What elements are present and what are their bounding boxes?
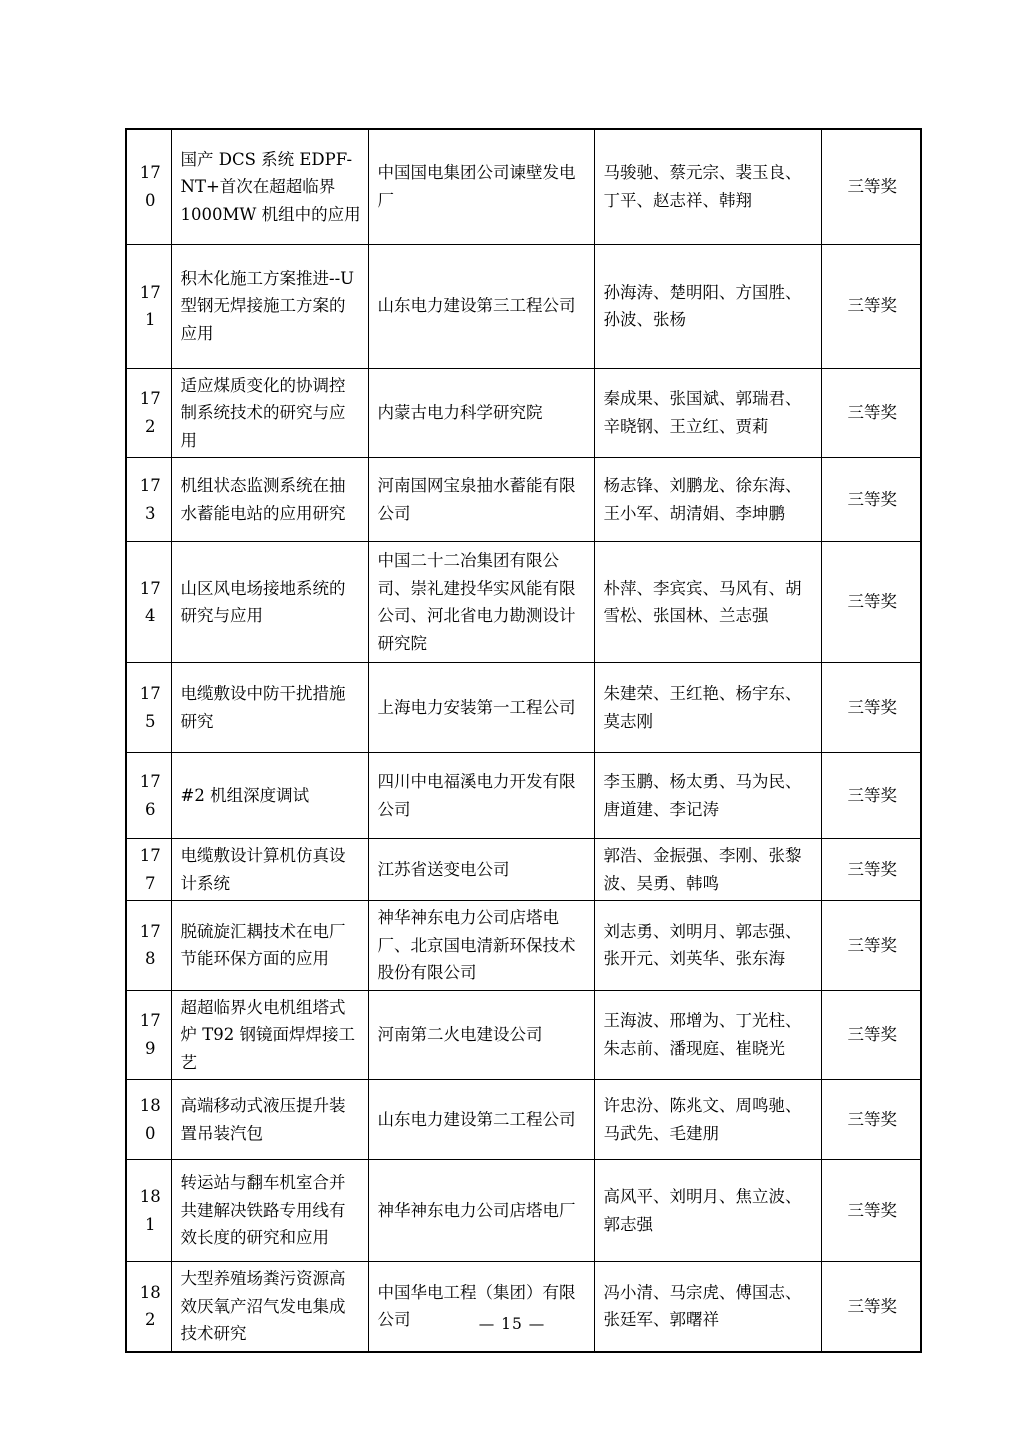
cell-number: 171 <box>126 244 171 368</box>
cell-project-title: 脱硫旋汇耦技术在电厂节能环保方面的应用 <box>171 901 368 991</box>
cell-number: 181 <box>126 1160 171 1262</box>
cell-number: 175 <box>126 663 171 753</box>
cell-project-title: 机组状态监测系统在抽水蓄能电站的应用研究 <box>171 458 368 542</box>
cell-number: 174 <box>126 542 171 663</box>
cell-people: 刘志勇、刘明月、郭志强、张开元、刘英华、张东海 <box>594 901 821 991</box>
cell-award: 三等奖 <box>821 1262 921 1352</box>
cell-organization: 神华神东电力公司店塔电厂 <box>368 1160 594 1262</box>
cell-award: 三等奖 <box>821 990 921 1080</box>
cell-organization: 中国国电集团公司谏壁发电厂 <box>368 129 594 244</box>
table-row: 171 积木化施工方案推进--U 型钢无焊接施工方案的应用 山东电力建设第三工程… <box>126 244 921 368</box>
cell-number: 173 <box>126 458 171 542</box>
cell-award: 三等奖 <box>821 368 921 458</box>
cell-organization: 中国二十二冶集团有限公司、崇礼建投华实风能有限公司、河北省电力勘测设计研究院 <box>368 542 594 663</box>
cell-number: 178 <box>126 901 171 991</box>
awards-table: 170 国产 DCS 系统 EDPF-NT+首次在超超临界 1000MW 机组中… <box>125 128 922 1353</box>
cell-number: 179 <box>126 990 171 1080</box>
cell-people: 朱建荣、王红艳、杨宇东、莫志刚 <box>594 663 821 753</box>
cell-people: 冯小清、马宗虎、傅国志、张廷军、郭曙祥 <box>594 1262 821 1352</box>
cell-organization: 江苏省送变电公司 <box>368 839 594 901</box>
cell-people: 高风平、刘明月、焦立波、郭志强 <box>594 1160 821 1262</box>
cell-organization: 神华神东电力公司店塔电厂、北京国电清新环保技术股份有限公司 <box>368 901 594 991</box>
cell-project-title: 超超临界火电机组塔式炉 T92 钢镜面焊焊接工艺 <box>171 990 368 1080</box>
table-row: 173 机组状态监测系统在抽水蓄能电站的应用研究 河南国网宝泉抽水蓄能有限公司 … <box>126 458 921 542</box>
table-row: 180 高端移动式液压提升装置吊装汽包 山东电力建设第二工程公司 许忠汾、陈兆文… <box>126 1080 921 1160</box>
table-row: 175 电缆敷设中防干扰措施研究 上海电力安装第一工程公司 朱建荣、王红艳、杨宇… <box>126 663 921 753</box>
cell-project-title: 国产 DCS 系统 EDPF-NT+首次在超超临界 1000MW 机组中的应用 <box>171 129 368 244</box>
cell-number: 176 <box>126 753 171 839</box>
cell-organization: 内蒙古电力科学研究院 <box>368 368 594 458</box>
cell-project-title: 电缆敷设计算机仿真设计系统 <box>171 839 368 901</box>
cell-project-title: #2 机组深度调试 <box>171 753 368 839</box>
cell-organization: 中国华电工程（集团）有限公司 <box>368 1262 594 1352</box>
cell-people: 许忠汾、陈兆文、周鸣驰、马武先、毛建朋 <box>594 1080 821 1160</box>
cell-award: 三等奖 <box>821 1160 921 1262</box>
cell-people: 朴萍、李宾宾、马风有、胡雪松、张国林、兰志强 <box>594 542 821 663</box>
cell-people: 马骏驰、蔡元宗、裴玉良、丁平、赵志祥、韩翔 <box>594 129 821 244</box>
cell-project-title: 大型养殖场粪污资源高效厌氧产沼气发电集成技术研究 <box>171 1262 368 1352</box>
table-row: 172 适应煤质变化的协调控制系统技术的研究与应用 内蒙古电力科学研究院 秦成果… <box>126 368 921 458</box>
table-row: 174 山区风电场接地系统的研究与应用 中国二十二冶集团有限公司、崇礼建投华实风… <box>126 542 921 663</box>
table-row: 182 大型养殖场粪污资源高效厌氧产沼气发电集成技术研究 中国华电工程（集团）有… <box>126 1262 921 1352</box>
cell-project-title: 适应煤质变化的协调控制系统技术的研究与应用 <box>171 368 368 458</box>
table-row: 178 脱硫旋汇耦技术在电厂节能环保方面的应用 神华神东电力公司店塔电厂、北京国… <box>126 901 921 991</box>
cell-people: 秦成果、张国斌、郭瑞君、辛晓钢、王立红、贾莉 <box>594 368 821 458</box>
table-row: 170 国产 DCS 系统 EDPF-NT+首次在超超临界 1000MW 机组中… <box>126 129 921 244</box>
cell-organization: 河南国网宝泉抽水蓄能有限公司 <box>368 458 594 542</box>
table-row: 181 转运站与翻车机室合并共建解决铁路专用线有效长度的研究和应用 神华神东电力… <box>126 1160 921 1262</box>
cell-award: 三等奖 <box>821 244 921 368</box>
cell-project-title: 高端移动式液压提升装置吊装汽包 <box>171 1080 368 1160</box>
cell-organization: 上海电力安装第一工程公司 <box>368 663 594 753</box>
cell-number: 172 <box>126 368 171 458</box>
cell-project-title: 转运站与翻车机室合并共建解决铁路专用线有效长度的研究和应用 <box>171 1160 368 1262</box>
cell-award: 三等奖 <box>821 542 921 663</box>
cell-award: 三等奖 <box>821 458 921 542</box>
cell-project-title: 电缆敷设中防干扰措施研究 <box>171 663 368 753</box>
table-row: 179 超超临界火电机组塔式炉 T92 钢镜面焊焊接工艺 河南第二火电建设公司 … <box>126 990 921 1080</box>
cell-award: 三等奖 <box>821 901 921 991</box>
cell-award: 三等奖 <box>821 1080 921 1160</box>
cell-people: 杨志锋、刘鹏龙、徐东海、王小军、胡清娟、李坤鹏 <box>594 458 821 542</box>
cell-project-title: 积木化施工方案推进--U 型钢无焊接施工方案的应用 <box>171 244 368 368</box>
cell-organization: 河南第二火电建设公司 <box>368 990 594 1080</box>
cell-people: 郭浩、金振强、李刚、张黎波、吴勇、韩鸣 <box>594 839 821 901</box>
cell-number: 180 <box>126 1080 171 1160</box>
cell-award: 三等奖 <box>821 839 921 901</box>
cell-people: 王海波、邢增为、丁光柱、朱志前、潘现庭、崔晓光 <box>594 990 821 1080</box>
cell-number: 177 <box>126 839 171 901</box>
cell-people: 李玉鹏、杨太勇、马为民、唐道建、李记涛 <box>594 753 821 839</box>
cell-award: 三等奖 <box>821 663 921 753</box>
cell-organization: 山东电力建设第二工程公司 <box>368 1080 594 1160</box>
cell-organization: 四川中电福溪电力开发有限公司 <box>368 753 594 839</box>
cell-award: 三等奖 <box>821 129 921 244</box>
document-page: 170 国产 DCS 系统 EDPF-NT+首次在超超临界 1000MW 机组中… <box>0 0 1024 1448</box>
cell-number: 170 <box>126 129 171 244</box>
cell-people: 孙海涛、楚明阳、方国胜、孙波、张杨 <box>594 244 821 368</box>
cell-number: 182 <box>126 1262 171 1352</box>
cell-award: 三等奖 <box>821 753 921 839</box>
table-row: 177 电缆敷设计算机仿真设计系统 江苏省送变电公司 郭浩、金振强、李刚、张黎波… <box>126 839 921 901</box>
cell-project-title: 山区风电场接地系统的研究与应用 <box>171 542 368 663</box>
page-number: — 15 — <box>0 1315 1024 1333</box>
table-row: 176 #2 机组深度调试 四川中电福溪电力开发有限公司 李玉鹏、杨太勇、马为民… <box>126 753 921 839</box>
cell-organization: 山东电力建设第三工程公司 <box>368 244 594 368</box>
